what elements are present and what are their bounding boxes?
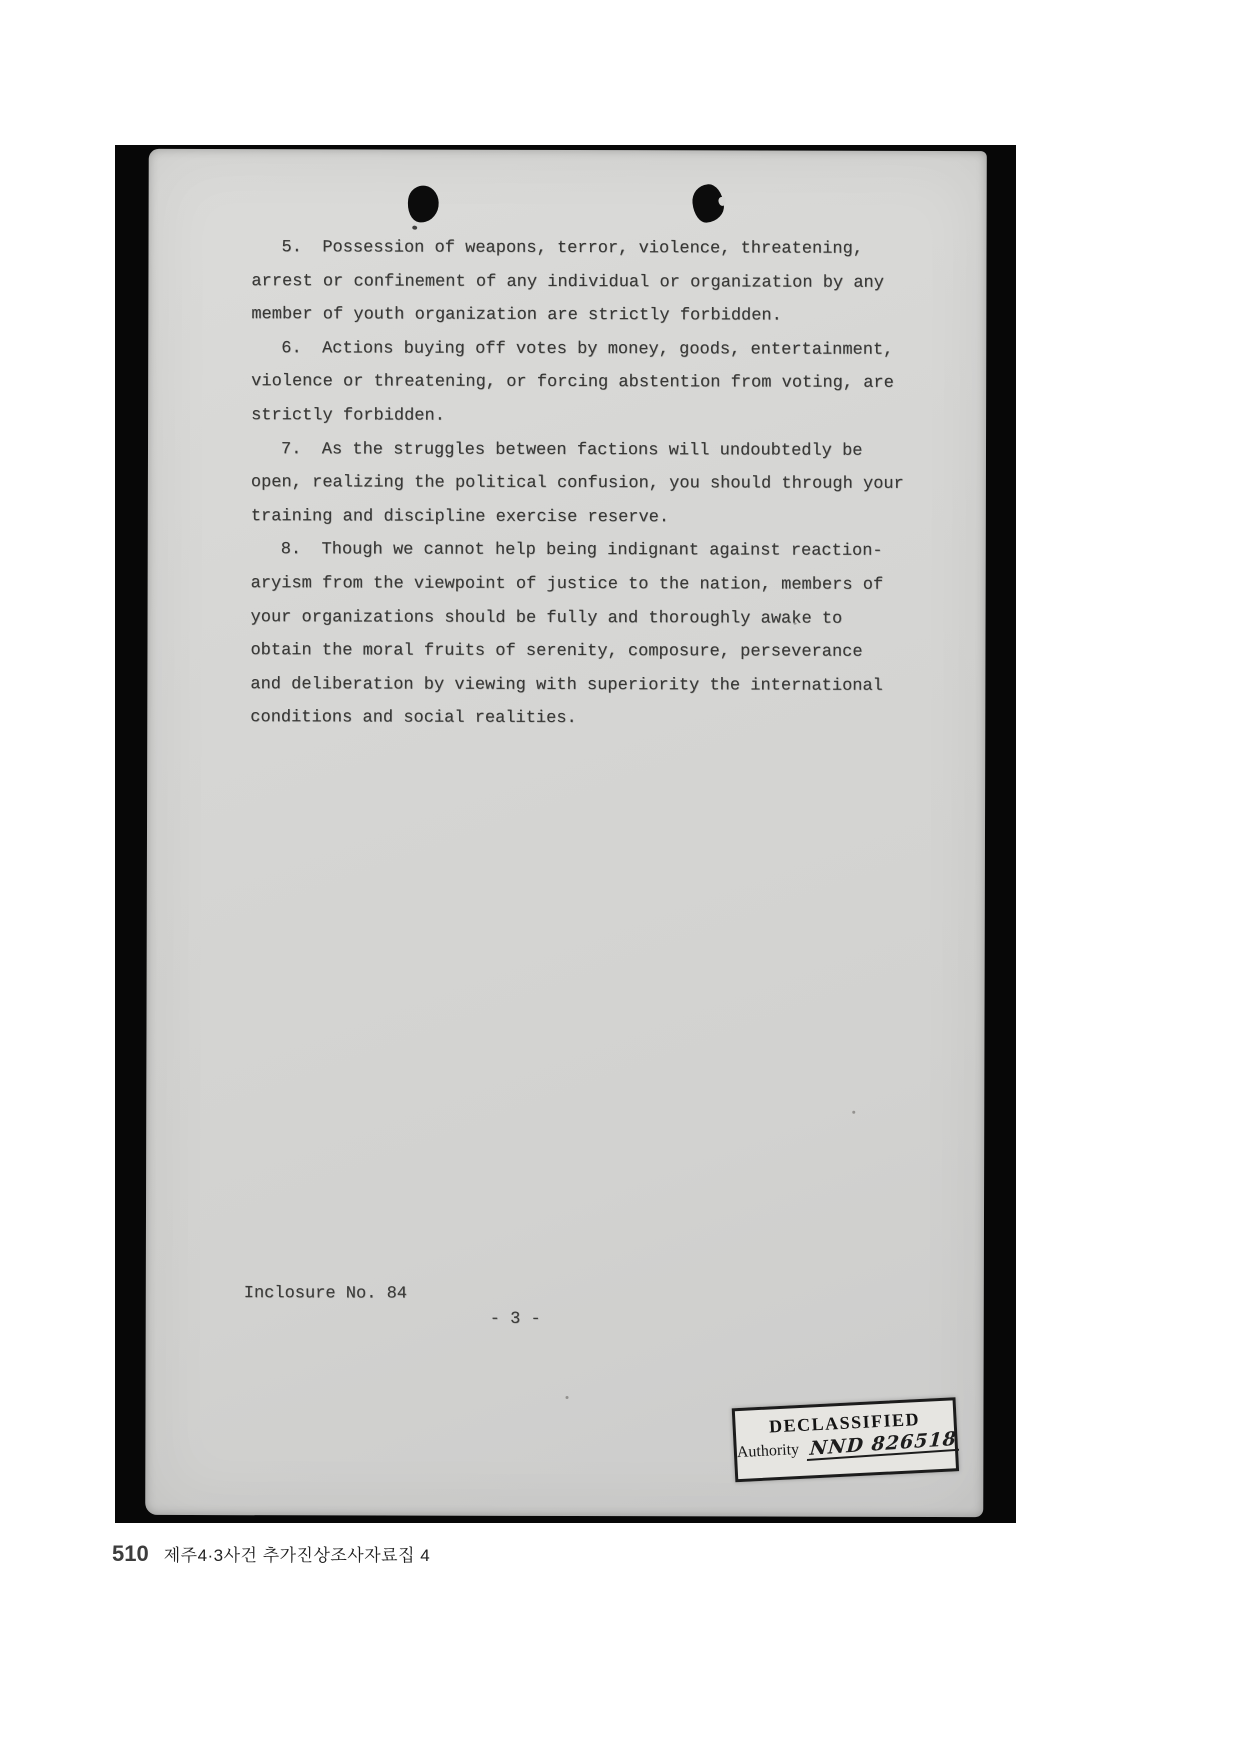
typewritten-line: arrest or confinement of any individual …	[251, 265, 941, 300]
book-page: 5. Possession of weapons, terror, violen…	[0, 0, 1240, 1755]
typewritten-body: 5. Possession of weapons, terror, violen…	[250, 231, 941, 737]
stamp-authority-label: Authority	[736, 1441, 799, 1461]
typewritten-line: 5. Possession of weapons, terror, violen…	[251, 231, 941, 266]
document-paper: 5. Possession of weapons, terror, violen…	[145, 149, 987, 1517]
paper-speck	[852, 1111, 855, 1114]
typewritten-line: training and discipline exercise reserve…	[251, 500, 941, 535]
footer-book-title: 제주4·3사건 추가진상조사자료집 4	[164, 1541, 430, 1566]
typewritten-line: your organizations should be fully and t…	[251, 601, 941, 636]
typewritten-line: 7. As the struggles between factions wil…	[251, 433, 941, 468]
paper-speck	[566, 1396, 569, 1399]
page-number: - 3 -	[490, 1310, 541, 1329]
inclosure-label: Inclosure No. 84	[244, 1284, 407, 1303]
typewritten-line: 8. Though we cannot help being indignant…	[251, 534, 941, 569]
typewritten-line: 6. Actions buying off votes by money, go…	[251, 332, 941, 367]
book-footer: 510 제주4·3사건 추가진상조사자료집 4	[112, 1541, 430, 1567]
typewritten-line: obtain the moral fruits of serenity, com…	[250, 634, 940, 669]
paper-speck	[278, 484, 281, 487]
typewritten-line: open, realizing the political confusion,…	[251, 466, 941, 501]
typewritten-line: violence or threatening, or forcing abst…	[251, 366, 941, 401]
typewritten-line: aryism from the viewpoint of justice to …	[251, 567, 941, 602]
ink-blot-right	[691, 183, 726, 224]
paper-speck	[794, 623, 797, 625]
typewritten-line: strictly forbidden.	[251, 399, 941, 434]
footer-page-number: 510	[112, 1541, 149, 1567]
typewritten-line: conditions and social realities.	[250, 701, 940, 736]
scan-background: 5. Possession of weapons, terror, violen…	[115, 145, 1016, 1523]
ink-blot-left	[405, 184, 441, 225]
typewritten-line: member of youth organization are strictl…	[251, 298, 941, 333]
typewritten-line: and deliberation by viewing with superio…	[250, 668, 940, 703]
declassified-stamp: DECLASSIFIED Authority NND 826518	[732, 1397, 959, 1482]
